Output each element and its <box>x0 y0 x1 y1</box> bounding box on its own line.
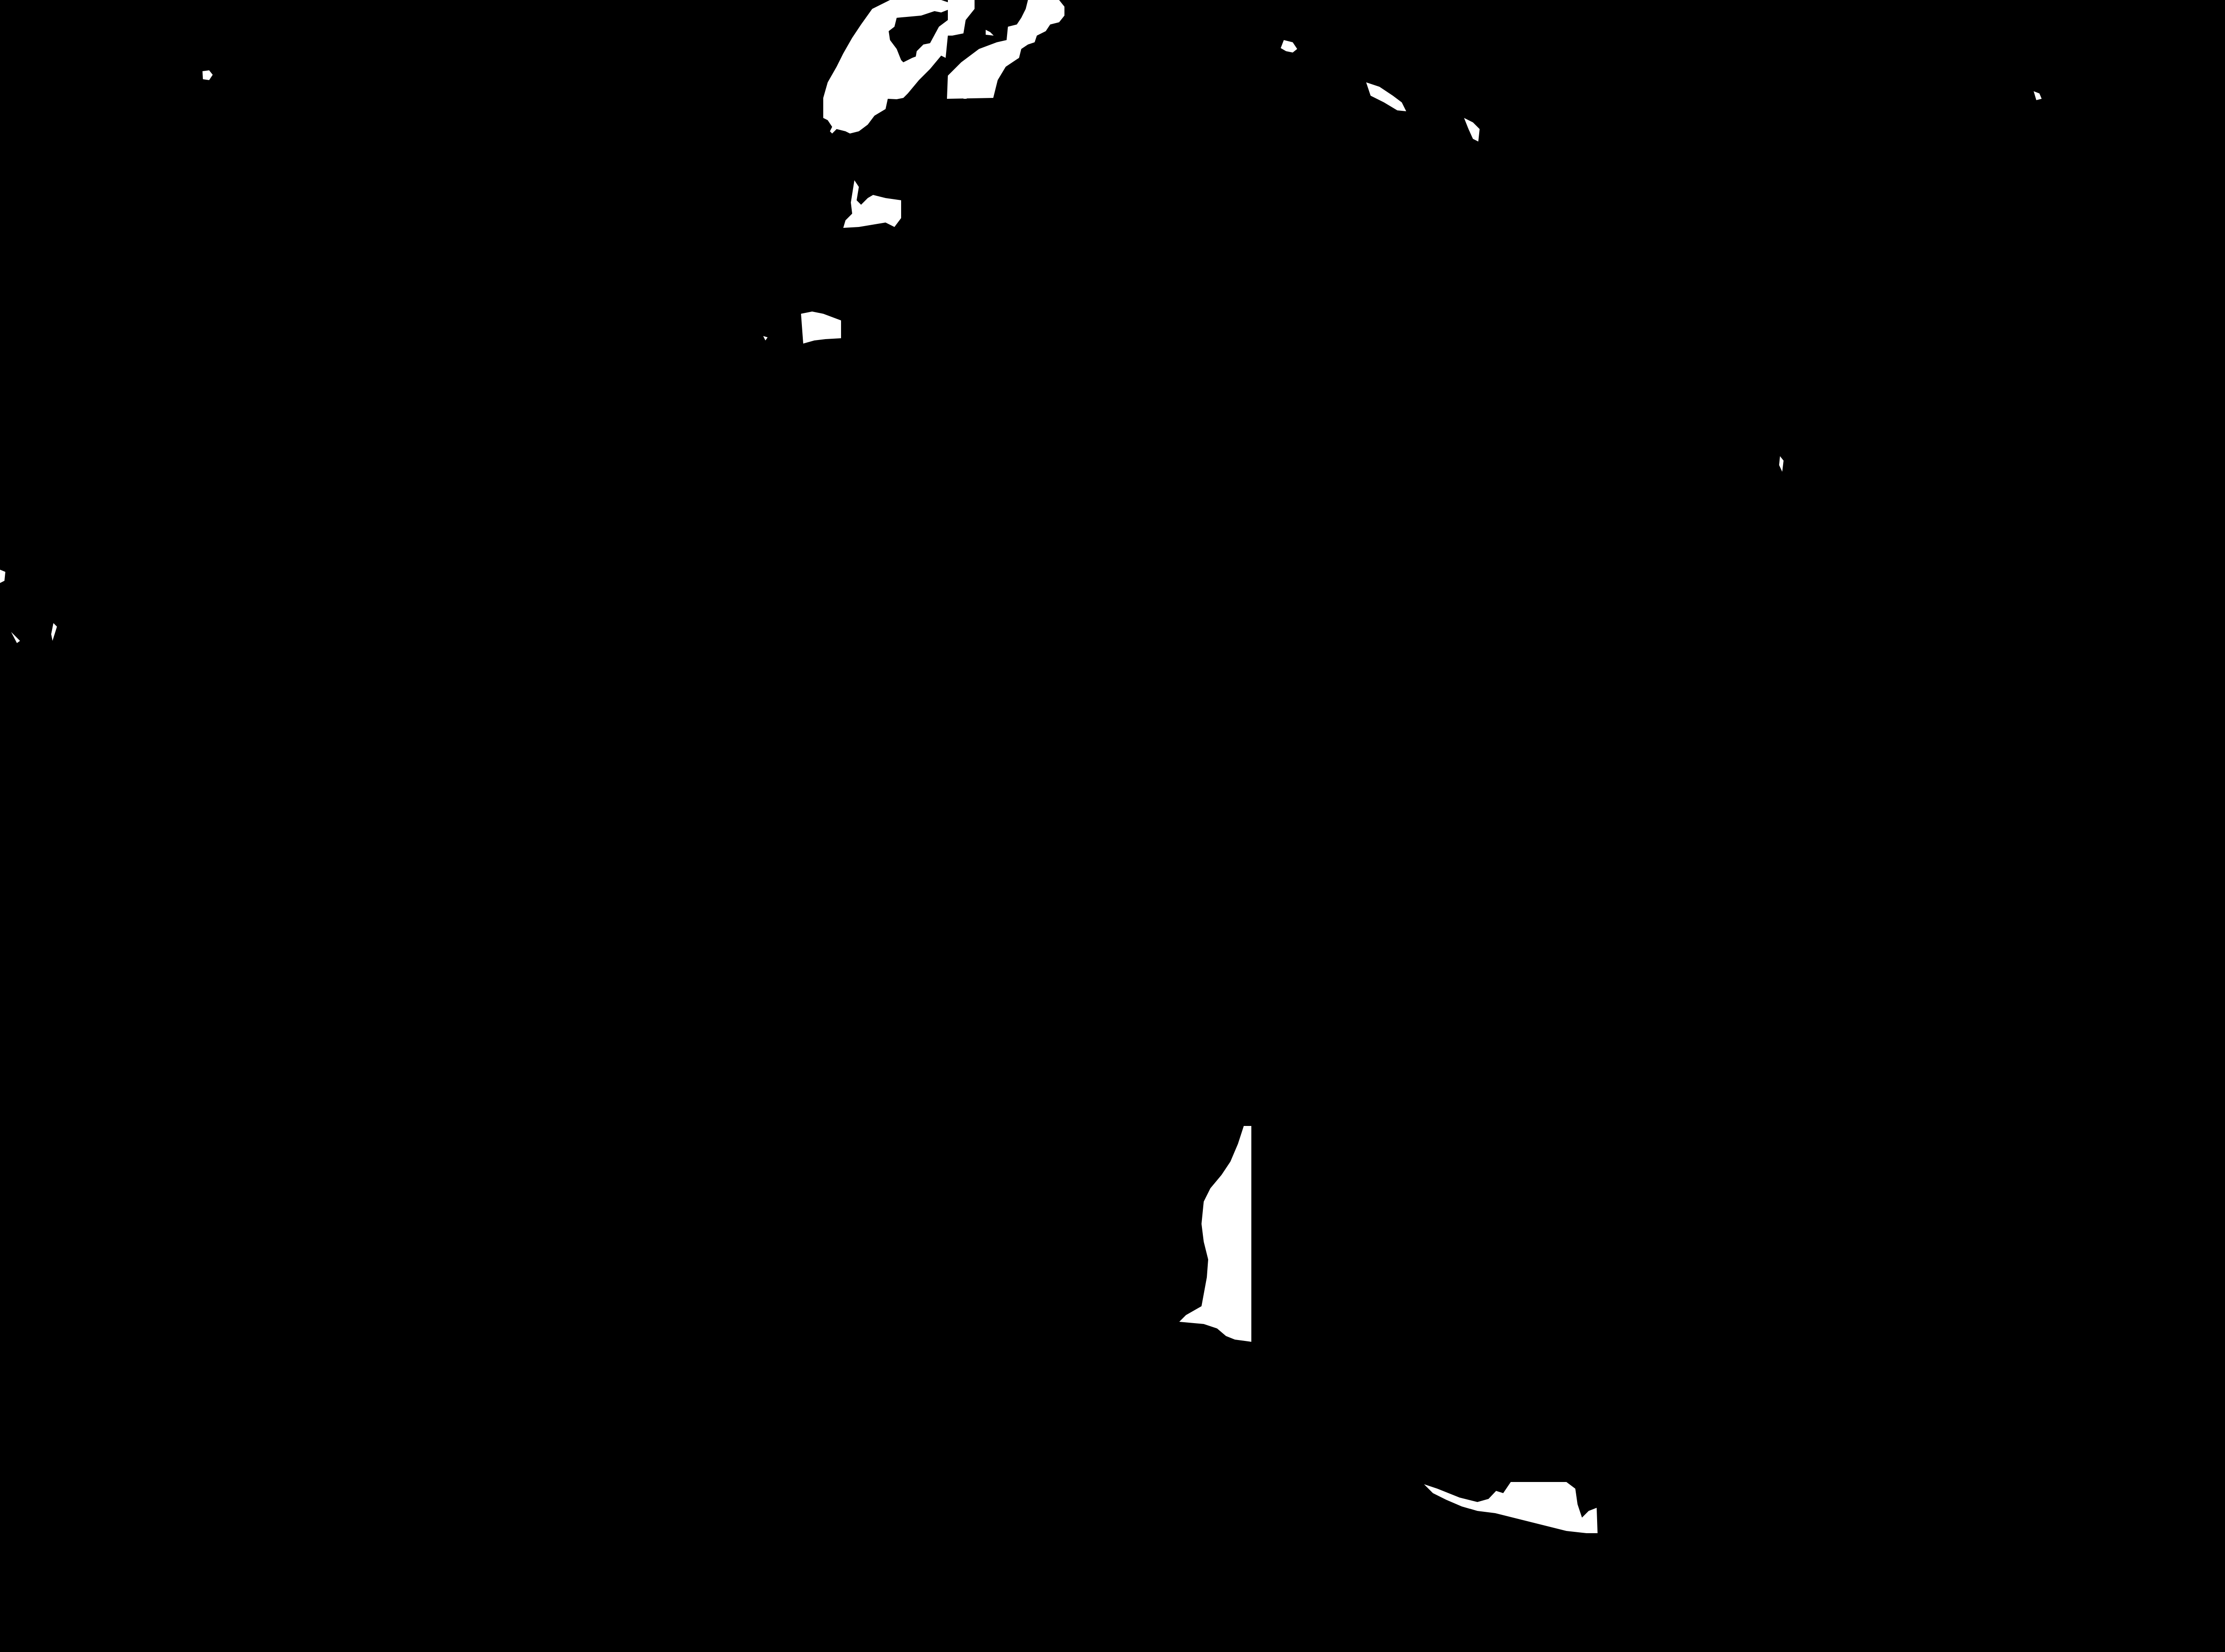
segmentation-mask <box>0 0 2225 1652</box>
mask-background <box>0 0 2225 1652</box>
